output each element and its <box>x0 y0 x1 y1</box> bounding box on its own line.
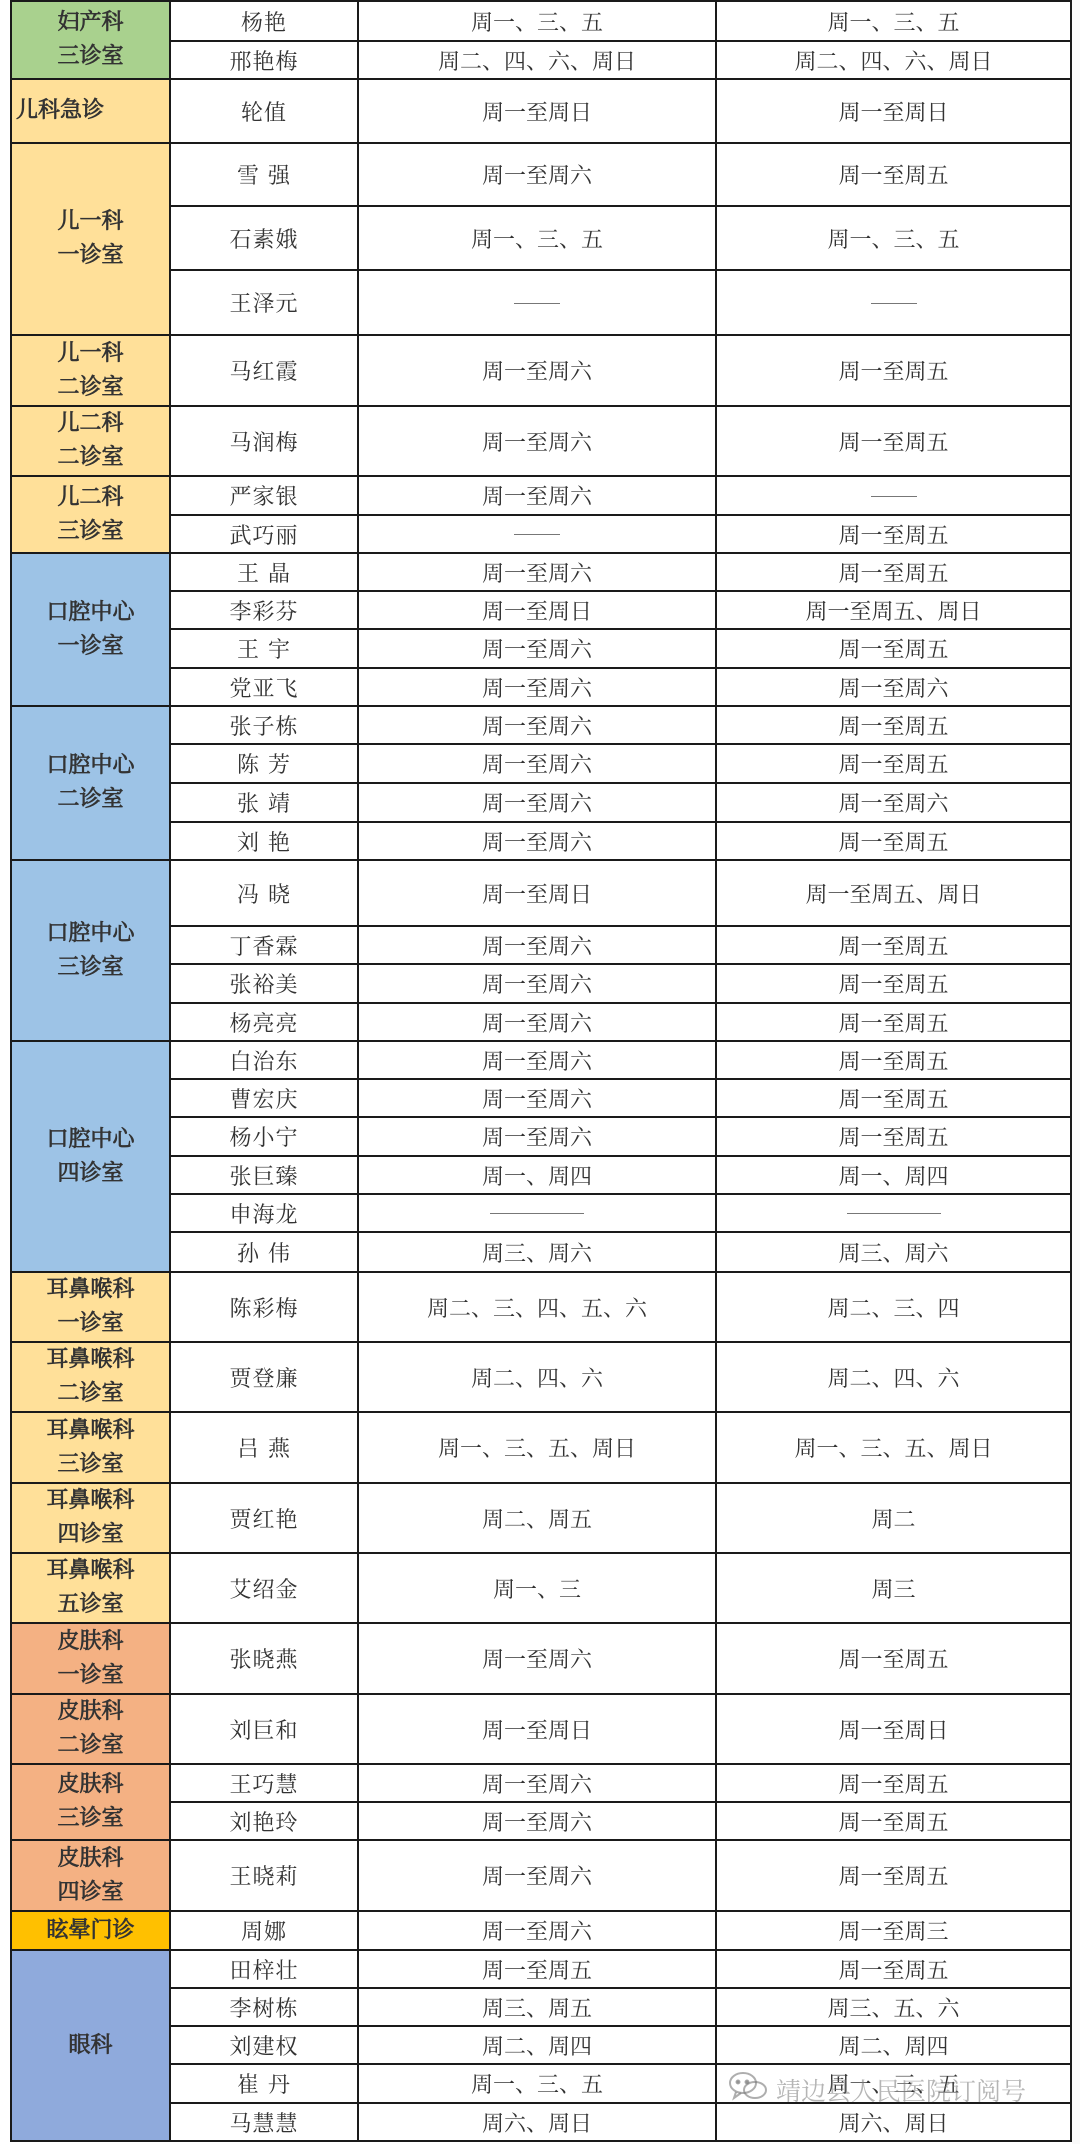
table-row: 党亚飞周一至周六周一至周六 <box>11 668 1071 706</box>
department-cell: 儿一科二诊室 <box>11 335 170 406</box>
table-row: 耳鼻喉科一诊室陈彩梅周二、三、四、五、六周二、三、四 <box>11 1272 1071 1342</box>
doctor-name-cell: 杨小宁 <box>170 1117 358 1156</box>
table-row: 皮肤科四诊室王晓莉周一至周六周一至周五 <box>11 1840 1071 1911</box>
doctor-name-cell: 张子栋 <box>170 706 358 744</box>
schedule-cell-a <box>358 515 716 553</box>
table-row: 眼科田梓壮周一至周五周一至周五 <box>11 1950 1071 1988</box>
department-label: 眼科 <box>68 2033 112 2058</box>
schedule-text-a: 周一至周六 <box>482 753 592 778</box>
schedule-cell-b: 周一至周六 <box>716 668 1071 706</box>
doctor-name-text: 冯 晓 <box>237 883 291 908</box>
department-cell: 耳鼻喉科二诊室 <box>11 1342 170 1412</box>
table-row: 耳鼻喉科五诊室艾绍金周一、三周三 <box>11 1553 1071 1623</box>
doctor-name-cell: 李树栋 <box>170 1988 358 2026</box>
schedule-page: 妇产科三诊室杨艳周一、三、五周一、三、五邢艳梅周二、四、六、周日周二、四、六、周… <box>0 0 1080 2144</box>
schedule-cell-b: 周一至周五 <box>716 1117 1071 1156</box>
no-schedule-dash <box>871 496 917 497</box>
schedule-cell-a: 周一至周六 <box>358 143 716 206</box>
department-label: 皮肤科二诊室 <box>12 1695 169 1763</box>
doctor-name-text: 贾登廉 <box>229 1367 298 1392</box>
department-label: 儿二科三诊室 <box>12 481 169 549</box>
schedule-text-b: 周一至周五 <box>838 1050 948 1075</box>
doctor-name-text: 曹宏庆 <box>229 1088 298 1113</box>
schedule-cell-a: 周一至周六 <box>358 744 716 783</box>
schedule-cell-b: 周一至周五 <box>716 1950 1071 1988</box>
doctor-name-cell: 崔 丹 <box>170 2064 358 2103</box>
schedule-cell-b: 周一、三、五、周日 <box>716 1412 1071 1483</box>
table-row: 马慧慧周六、周日周六、周日 <box>11 2103 1071 2141</box>
doctor-name-cell: 刘 艳 <box>170 822 358 860</box>
table-row: 儿二科二诊室马润梅周一至周六周一至周五 <box>11 406 1071 476</box>
table-row: 石素娥周一、三、五周一、三、五 <box>11 206 1071 270</box>
department-cell: 耳鼻喉科三诊室 <box>11 1412 170 1483</box>
schedule-cell-a: 周一至周六 <box>358 553 716 591</box>
schedule-text-b: 周二、周四 <box>838 2035 948 2060</box>
doctor-name-text: 李彩芬 <box>229 600 298 625</box>
doctor-name-cell: 张晓燕 <box>170 1623 358 1694</box>
doctor-name-cell: 刘建权 <box>170 2026 358 2064</box>
schedule-text-a: 周一、三、五、周日 <box>438 1437 636 1462</box>
schedule-cell-a: 周一至周六 <box>358 668 716 706</box>
schedule-text-b: 周一至周五 <box>838 1012 948 1037</box>
schedule-text-b: 周一至周五 <box>838 562 948 587</box>
schedule-cell-b: 周一至周五 <box>716 706 1071 744</box>
doctor-name-text: 李树栋 <box>229 1997 298 2022</box>
department-cell: 口腔中心一诊室 <box>11 553 170 706</box>
schedule-cell-b: 周一至周五 <box>716 335 1071 406</box>
doctor-name-cell: 王晓莉 <box>170 1840 358 1911</box>
department-cell: 妇产科三诊室 <box>11 1 170 79</box>
schedule-cell-a <box>358 1194 716 1232</box>
doctor-name-cell: 贾登廉 <box>170 1342 358 1412</box>
schedule-cell-b: 周一至周五 <box>716 406 1071 476</box>
schedule-text-a: 周一至周六 <box>482 1088 592 1113</box>
schedule-text-a: 周二、周五 <box>482 1508 592 1533</box>
no-schedule-dash <box>514 534 560 535</box>
schedule-cell-a: 周一至周六 <box>358 335 716 406</box>
schedule-cell-b: 周一至周五 <box>716 926 1071 964</box>
schedule-text-a: 周一至周六 <box>482 1050 592 1075</box>
schedule-text-b: 周一至周五 <box>838 1648 948 1673</box>
table-row: 杨亮亮周一至周六周一至周五 <box>11 1003 1071 1041</box>
doctor-name-text: 马润梅 <box>229 431 298 456</box>
doctor-name-cell: 武巧丽 <box>170 515 358 553</box>
schedule-text-b: 周一至周五、周日 <box>805 883 981 908</box>
doctor-schedule-table: 妇产科三诊室杨艳周一、三、五周一、三、五邢艳梅周二、四、六、周日周二、四、六、周… <box>10 0 1072 2142</box>
no-schedule-dash <box>514 303 560 304</box>
schedule-text-a: 周二、四、六 <box>471 1367 603 1392</box>
department-cell: 儿一科一诊室 <box>11 143 170 335</box>
doctor-name-text: 刘艳玲 <box>229 1811 298 1836</box>
schedule-text-b: 周一至周六 <box>838 792 948 817</box>
schedule-cell-b <box>716 476 1071 515</box>
doctor-name-cell: 陈 芳 <box>170 744 358 783</box>
department-cell: 皮肤科四诊室 <box>11 1840 170 1911</box>
doctor-name-cell: 王泽元 <box>170 270 358 335</box>
doctor-name-text: 孙 伟 <box>237 1242 291 1267</box>
schedule-text-b: 周一、三、五 <box>827 11 959 36</box>
schedule-cell-a: 周一至周六 <box>358 1911 716 1950</box>
schedule-text-b: 周一至周三 <box>838 1920 948 1945</box>
schedule-cell-a: 周一、三、五 <box>358 1 716 41</box>
table-row: 皮肤科二诊室刘巨和周一至周日周一至周日 <box>11 1694 1071 1764</box>
schedule-cell-a: 周三、周六 <box>358 1232 716 1272</box>
table-row: 皮肤科一诊室张晓燕周一至周六周一至周五 <box>11 1623 1071 1694</box>
schedule-cell-b: 周一至周五 <box>716 1623 1071 1694</box>
doctor-name-cell: 王 宇 <box>170 629 358 668</box>
doctor-name-cell: 党亚飞 <box>170 668 358 706</box>
schedule-text-a: 周一、三、五 <box>471 2073 603 2098</box>
department-label: 耳鼻喉科五诊室 <box>12 1554 169 1622</box>
schedule-cell-b: 周三 <box>716 1553 1071 1623</box>
schedule-text-b: 周二、四、六 <box>827 1367 959 1392</box>
doctor-name-text: 张裕美 <box>229 973 298 998</box>
department-cell: 耳鼻喉科一诊室 <box>11 1272 170 1342</box>
no-schedule-dash <box>847 1213 941 1214</box>
schedule-text-a: 周一至周六 <box>482 638 592 663</box>
schedule-text-a: 周一至周六 <box>482 1865 592 1890</box>
doctor-name-cell: 陈彩梅 <box>170 1272 358 1342</box>
schedule-text-b: 周一至周五 <box>838 1773 948 1798</box>
schedule-text-a: 周二、周四 <box>482 2035 592 2060</box>
schedule-cell-a: 周一至周五 <box>358 1950 716 1988</box>
schedule-cell-a: 周一至周六 <box>358 926 716 964</box>
doctor-name-cell: 王 晶 <box>170 553 358 591</box>
schedule-cell-a: 周一至周六 <box>358 1003 716 1041</box>
schedule-text-b: 周一至周五 <box>838 831 948 856</box>
doctor-name-cell: 张裕美 <box>170 964 358 1003</box>
schedule-text-a: 周二、四、六、周日 <box>438 50 636 75</box>
doctor-name-cell: 田梓壮 <box>170 1950 358 1988</box>
doctor-name-text: 轮值 <box>241 101 287 126</box>
doctor-name-text: 艾绍金 <box>229 1578 298 1603</box>
table-row: 邢艳梅周二、四、六、周日周二、四、六、周日 <box>11 41 1071 79</box>
schedule-cell-a: 周一至周六 <box>358 1764 716 1802</box>
table-row: 张裕美周一至周六周一至周五 <box>11 964 1071 1003</box>
schedule-cell-a: 周一至周六 <box>358 706 716 744</box>
schedule-cell-a: 周一、周四 <box>358 1156 716 1194</box>
schedule-text-b: 周二 <box>871 1508 915 1533</box>
schedule-text-b: 周一至周五 <box>838 753 948 778</box>
doctor-name-cell: 马红霞 <box>170 335 358 406</box>
schedule-cell-b: 周一至周五、周日 <box>716 860 1071 926</box>
table-row: 丁香霖周一至周六周一至周五 <box>11 926 1071 964</box>
doctor-name-text: 张巨臻 <box>229 1165 298 1190</box>
schedule-cell-b: 周一、三、五 <box>716 1 1071 41</box>
doctor-name-text: 王巧慧 <box>229 1773 298 1798</box>
table-row: 陈 芳周一至周六周一至周五 <box>11 744 1071 783</box>
doctor-name-text: 陈彩梅 <box>229 1297 298 1322</box>
schedule-text-b: 周一至周日 <box>838 101 948 126</box>
doctor-name-cell: 吕 燕 <box>170 1412 358 1483</box>
department-label: 耳鼻喉科四诊室 <box>12 1484 169 1552</box>
schedule-cell-a <box>358 270 716 335</box>
schedule-text-b: 周二、三、四 <box>827 1297 959 1322</box>
table-row: 孙 伟周三、周六周三、周六 <box>11 1232 1071 1272</box>
department-label: 皮肤科三诊室 <box>12 1768 169 1836</box>
schedule-text-a: 周一至周六 <box>482 1012 592 1037</box>
table-row: 刘 艳周一至周六周一至周五 <box>11 822 1071 860</box>
table-row: 曹宏庆周一至周六周一至周五 <box>11 1079 1071 1117</box>
no-schedule-dash <box>490 1213 584 1214</box>
schedule-cell-b <box>716 270 1071 335</box>
table-row: 张巨臻周一、周四周一、周四 <box>11 1156 1071 1194</box>
schedule-cell-a: 周一至周日 <box>358 860 716 926</box>
department-label: 口腔中心三诊室 <box>12 917 169 985</box>
schedule-text-a: 周一至周六 <box>482 562 592 587</box>
schedule-text-a: 周一至周六 <box>482 360 592 385</box>
schedule-cell-a: 周一至周日 <box>358 79 716 143</box>
table-row: 刘艳玲周一至周六周一至周五 <box>11 1802 1071 1840</box>
schedule-cell-a: 周六、周日 <box>358 2103 716 2141</box>
schedule-cell-a: 周一至周六 <box>358 1840 716 1911</box>
department-cell: 皮肤科一诊室 <box>11 1623 170 1694</box>
schedule-text-b: 周一至周五 <box>838 164 948 189</box>
schedule-cell-b: 周一、三、五 <box>716 2064 1071 2103</box>
table-row: 杨小宁周一至周六周一至周五 <box>11 1117 1071 1156</box>
schedule-text-b: 周一至周六 <box>838 677 948 702</box>
doctor-name-text: 马慧慧 <box>229 2112 298 2137</box>
schedule-text-a: 周一至周六 <box>482 485 592 510</box>
table-row: 口腔中心二诊室张子栋周一至周六周一至周五 <box>11 706 1071 744</box>
schedule-text-a: 周一至周六 <box>482 973 592 998</box>
doctor-name-cell: 刘巨和 <box>170 1694 358 1764</box>
table-row: 崔 丹周一、三、五周一、三、五 <box>11 2064 1071 2103</box>
schedule-text-b: 周一至周五 <box>838 524 948 549</box>
table-row: 王泽元 <box>11 270 1071 335</box>
schedule-body: 妇产科三诊室杨艳周一、三、五周一、三、五邢艳梅周二、四、六、周日周二、四、六、周… <box>11 1 1071 2141</box>
department-cell: 耳鼻喉科五诊室 <box>11 1553 170 1623</box>
table-row: 儿一科一诊室雪 强周一至周六周一至周五 <box>11 143 1071 206</box>
doctor-name-text: 丁香霖 <box>229 935 298 960</box>
table-row: 口腔中心一诊室王 晶周一至周六周一至周五 <box>11 553 1071 591</box>
doctor-name-text: 周娜 <box>241 1920 287 1945</box>
table-row: 耳鼻喉科四诊室贾红艳周二、周五周二 <box>11 1483 1071 1553</box>
schedule-text-b: 周三、周六 <box>838 1242 948 1267</box>
doctor-name-text: 武巧丽 <box>229 524 298 549</box>
schedule-cell-a: 周三、周五 <box>358 1988 716 2026</box>
schedule-cell-b: 周一至周日 <box>716 79 1071 143</box>
doctor-name-cell: 周娜 <box>170 1911 358 1950</box>
table-row: 申海龙 <box>11 1194 1071 1232</box>
doctor-name-cell: 邢艳梅 <box>170 41 358 79</box>
no-schedule-dash <box>871 303 917 304</box>
table-row: 儿科急诊轮值周一至周日周一至周日 <box>11 79 1071 143</box>
schedule-cell-b: 周一至周五 <box>716 1003 1071 1041</box>
doctor-name-text: 刘巨和 <box>229 1719 298 1744</box>
doctor-name-cell: 石素娥 <box>170 206 358 270</box>
department-label: 耳鼻喉科三诊室 <box>12 1414 169 1482</box>
schedule-text-a: 周一至周六 <box>482 715 592 740</box>
department-label: 口腔中心四诊室 <box>12 1123 169 1191</box>
schedule-cell-b: 周一至周五 <box>716 822 1071 860</box>
schedule-cell-b: 周一至周五 <box>716 1041 1071 1079</box>
schedule-cell-b: 周三、周六 <box>716 1232 1071 1272</box>
schedule-text-b: 周一至周五、周日 <box>805 600 981 625</box>
schedule-text-a: 周一至周日 <box>482 600 592 625</box>
doctor-name-cell: 杨艳 <box>170 1 358 41</box>
schedule-cell-b: 周一至周五 <box>716 1764 1071 1802</box>
schedule-cell-a: 周一至周六 <box>358 1117 716 1156</box>
schedule-cell-b: 周一至周五 <box>716 964 1071 1003</box>
schedule-text-b: 周六、周日 <box>838 2112 948 2137</box>
doctor-name-text: 王 晶 <box>237 562 291 587</box>
schedule-text-b: 周一至周五 <box>838 1959 948 1984</box>
doctor-name-cell: 李彩芬 <box>170 591 358 629</box>
table-row: 儿二科三诊室严家银周一至周六 <box>11 476 1071 515</box>
schedule-text-a: 周二、三、四、五、六 <box>427 1297 647 1322</box>
schedule-text-a: 周一、三、五 <box>471 228 603 253</box>
department-cell: 口腔中心二诊室 <box>11 706 170 860</box>
schedule-cell-a: 周一、三、五 <box>358 2064 716 2103</box>
doctor-name-text: 张晓燕 <box>229 1648 298 1673</box>
department-cell: 耳鼻喉科四诊室 <box>11 1483 170 1553</box>
doctor-name-text: 田梓壮 <box>229 1959 298 1984</box>
schedule-text-b: 周一至周五 <box>838 935 948 960</box>
schedule-cell-a: 周一、三 <box>358 1553 716 1623</box>
schedule-text-a: 周一、三 <box>493 1578 581 1603</box>
schedule-text-a: 周一至周六 <box>482 792 592 817</box>
doctor-name-cell: 张巨臻 <box>170 1156 358 1194</box>
table-row: 李彩芬周一至周日周一至周五、周日 <box>11 591 1071 629</box>
schedule-text-a: 周一至周六 <box>482 1811 592 1836</box>
schedule-text-a: 周一至周日 <box>482 883 592 908</box>
department-label: 口腔中心二诊室 <box>12 749 169 817</box>
schedule-cell-a: 周一至周六 <box>358 629 716 668</box>
department-label: 耳鼻喉科二诊室 <box>12 1343 169 1411</box>
department-label: 眩晕门诊 <box>46 1918 134 1943</box>
department-label: 皮肤科四诊室 <box>12 1842 169 1910</box>
doctor-name-text: 申海龙 <box>229 1203 298 1228</box>
schedule-text-b: 周一、周四 <box>838 1165 948 1190</box>
schedule-text-a: 周一、周四 <box>482 1165 592 1190</box>
schedule-cell-b: 周一至周五 <box>716 1802 1071 1840</box>
schedule-cell-a: 周一至周六 <box>358 1802 716 1840</box>
doctor-name-text: 杨亮亮 <box>229 1012 298 1037</box>
schedule-cell-b: 周二、三、四 <box>716 1272 1071 1342</box>
schedule-text-b: 周三 <box>871 1578 915 1603</box>
department-cell: 皮肤科三诊室 <box>11 1764 170 1840</box>
department-cell: 眼科 <box>11 1950 170 2141</box>
doctor-name-text: 陈 芳 <box>237 753 291 778</box>
doctor-name-cell: 马慧慧 <box>170 2103 358 2141</box>
schedule-text-a: 周一至周日 <box>482 1719 592 1744</box>
doctor-name-text: 贾红艳 <box>229 1508 298 1533</box>
department-label: 儿一科二诊室 <box>12 337 169 405</box>
schedule-text-a: 周一至周日 <box>482 101 592 126</box>
department-label: 儿二科二诊室 <box>12 407 169 475</box>
schedule-text-b: 周一、三、五 <box>827 2073 959 2098</box>
doctor-name-cell: 白治东 <box>170 1041 358 1079</box>
department-label: 妇产科三诊室 <box>12 6 169 74</box>
doctor-name-cell: 孙 伟 <box>170 1232 358 1272</box>
schedule-text-a: 周一至周六 <box>482 1648 592 1673</box>
schedule-cell-b: 周一至周五 <box>716 515 1071 553</box>
doctor-name-text: 党亚飞 <box>229 677 298 702</box>
department-label: 口腔中心一诊室 <box>12 596 169 664</box>
department-cell: 眩晕门诊 <box>11 1911 170 1950</box>
doctor-name-cell: 张 靖 <box>170 783 358 822</box>
doctor-name-text: 刘 艳 <box>237 831 291 856</box>
table-row: 王 宇周一至周六周一至周五 <box>11 629 1071 668</box>
schedule-cell-b: 周一至周五、周日 <box>716 591 1071 629</box>
schedule-text-a: 周六、周日 <box>482 2112 592 2137</box>
schedule-text-b: 周二、四、六、周日 <box>794 50 992 75</box>
schedule-cell-b: 周一至周五 <box>716 143 1071 206</box>
schedule-cell-a: 周一至周六 <box>358 1623 716 1694</box>
table-row: 皮肤科三诊室王巧慧周一至周六周一至周五 <box>11 1764 1071 1802</box>
doctor-name-cell: 丁香霖 <box>170 926 358 964</box>
department-cell: 儿科急诊 <box>11 79 170 143</box>
schedule-cell-a: 周一至周日 <box>358 1694 716 1764</box>
table-row: 妇产科三诊室杨艳周一、三、五周一、三、五 <box>11 1 1071 41</box>
schedule-cell-b: 周一至周五 <box>716 1079 1071 1117</box>
schedule-text-b: 周一、三、五、周日 <box>794 1437 992 1462</box>
table-row: 李树栋周三、周五周三、五、六 <box>11 1988 1071 2026</box>
schedule-cell-b: 周二 <box>716 1483 1071 1553</box>
schedule-text-b: 周一至周五 <box>838 715 948 740</box>
schedule-cell-a: 周一至周日 <box>358 591 716 629</box>
schedule-text-b: 周一至周五 <box>838 360 948 385</box>
doctor-name-text: 刘建权 <box>229 2035 298 2060</box>
schedule-cell-a: 周二、四、六 <box>358 1342 716 1412</box>
department-cell: 儿二科二诊室 <box>11 406 170 476</box>
schedule-text-b: 周一至周五 <box>838 638 948 663</box>
doctor-name-cell: 申海龙 <box>170 1194 358 1232</box>
department-cell: 口腔中心四诊室 <box>11 1041 170 1272</box>
schedule-cell-b: 周二、周四 <box>716 2026 1071 2064</box>
schedule-cell-a: 周一至周六 <box>358 476 716 515</box>
schedule-cell-b: 周一至周三 <box>716 1911 1071 1950</box>
schedule-cell-b <box>716 1194 1071 1232</box>
schedule-text-a: 周一、三、五 <box>471 11 603 36</box>
schedule-text-a: 周一至周六 <box>482 935 592 960</box>
schedule-text-a: 周一至周六 <box>482 431 592 456</box>
schedule-cell-a: 周一至周六 <box>358 406 716 476</box>
schedule-cell-a: 周一、三、五 <box>358 206 716 270</box>
department-label: 皮肤科一诊室 <box>12 1625 169 1693</box>
table-row: 刘建权周二、周四周二、周四 <box>11 2026 1071 2064</box>
department-cell: 儿二科三诊室 <box>11 476 170 553</box>
doctor-name-text: 吕 燕 <box>237 1437 291 1462</box>
doctor-name-text: 雪 强 <box>237 164 291 189</box>
schedule-text-a: 周一至周六 <box>482 831 592 856</box>
doctor-name-text: 王泽元 <box>229 292 298 317</box>
schedule-cell-b: 周一至周六 <box>716 783 1071 822</box>
doctor-name-text: 杨艳 <box>241 11 287 36</box>
schedule-cell-b: 周二、四、六 <box>716 1342 1071 1412</box>
schedule-cell-b: 周一至周五 <box>716 744 1071 783</box>
schedule-text-b: 周一至周五 <box>838 1088 948 1113</box>
schedule-cell-b: 周六、周日 <box>716 2103 1071 2141</box>
schedule-cell-a: 周一、三、五、周日 <box>358 1412 716 1483</box>
table-row: 武巧丽周一至周五 <box>11 515 1071 553</box>
doctor-name-cell: 贾红艳 <box>170 1483 358 1553</box>
schedule-text-a: 周一至周六 <box>482 164 592 189</box>
doctor-name-text: 石素娥 <box>229 228 298 253</box>
doctor-name-cell: 马润梅 <box>170 406 358 476</box>
schedule-cell-b: 周一至周日 <box>716 1694 1071 1764</box>
schedule-text-a: 周一至周六 <box>482 1920 592 1945</box>
doctor-name-text: 严家银 <box>229 485 298 510</box>
schedule-cell-b: 周一至周五 <box>716 1840 1071 1911</box>
schedule-cell-a: 周一至周六 <box>358 1041 716 1079</box>
doctor-name-cell: 王巧慧 <box>170 1764 358 1802</box>
schedule-cell-b: 周三、五、六 <box>716 1988 1071 2026</box>
schedule-text-b: 周一至周五 <box>838 1811 948 1836</box>
schedule-cell-a: 周一至周六 <box>358 822 716 860</box>
schedule-cell-a: 周二、周五 <box>358 1483 716 1553</box>
